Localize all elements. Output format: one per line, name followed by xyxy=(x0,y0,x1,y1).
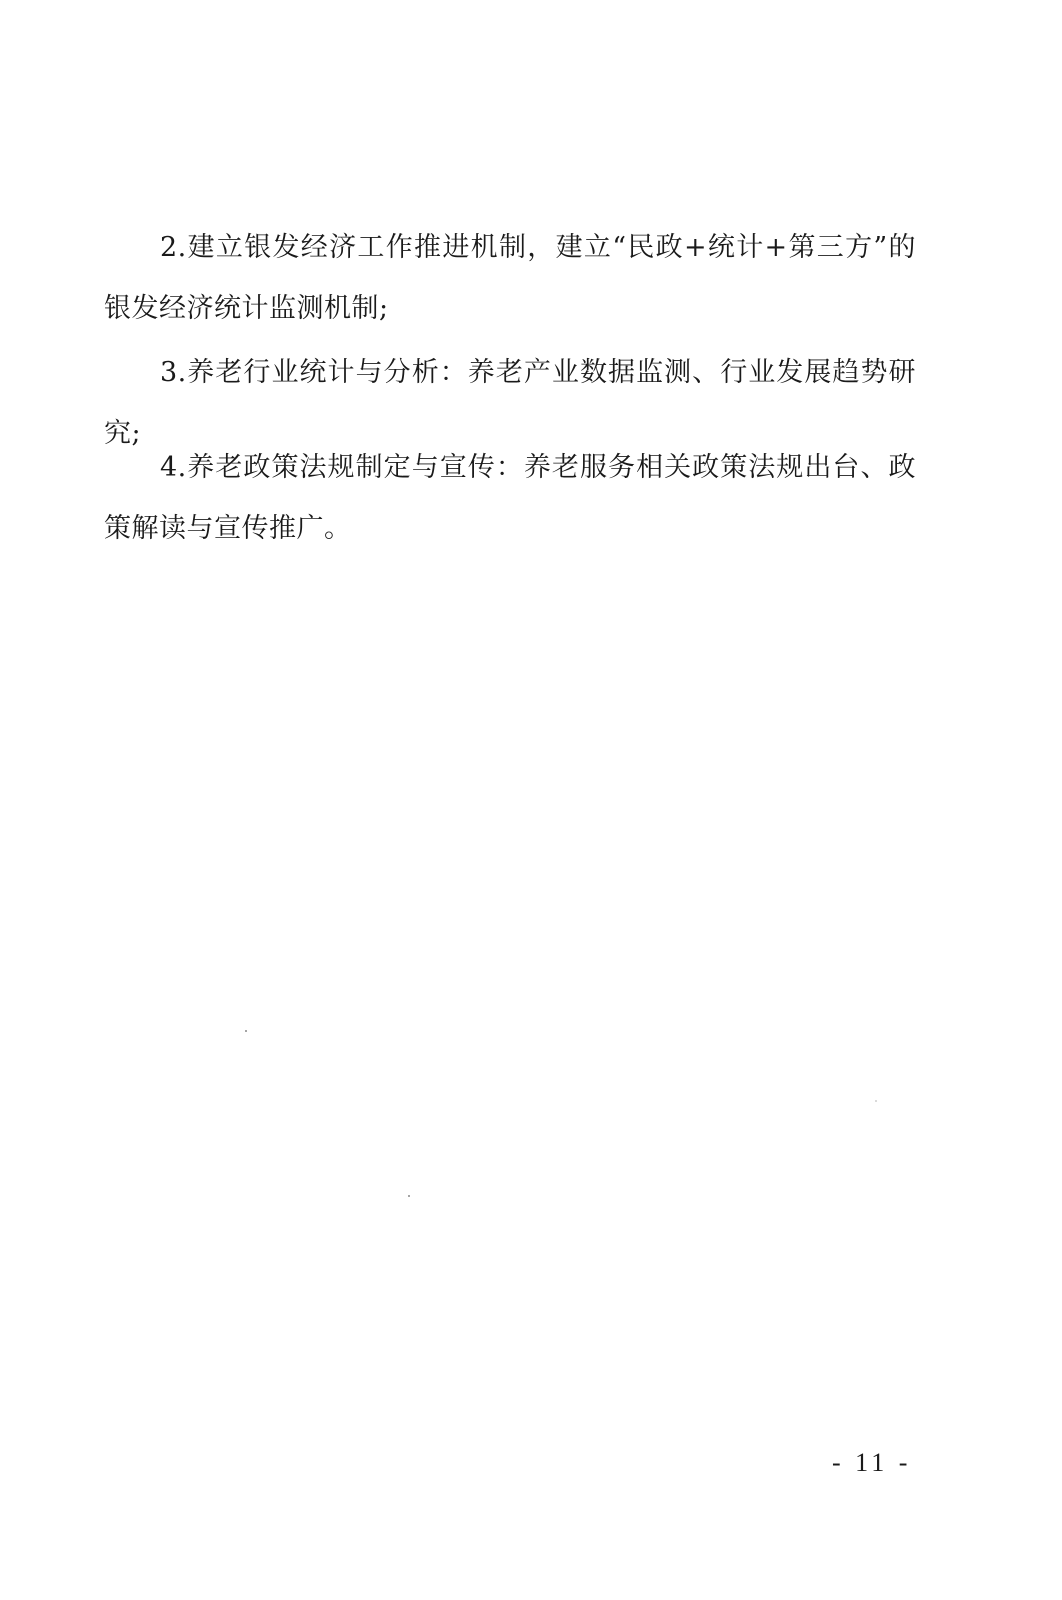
document-page: 2.建立银发经济工作推进机制，建立“民政+统计+第三方”的银发经济统计监测机制;… xyxy=(0,0,1062,1600)
paragraph-item-2: 2.建立银发经济工作推进机制，建立“民政+统计+第三方”的银发经济统计监测机制; xyxy=(104,217,916,339)
scan-speck xyxy=(245,1030,247,1032)
scan-speck xyxy=(408,1195,410,1197)
paragraph-item-4: 4.养老政策法规制定与宣传：养老服务相关政策法规出台、政策解读与宣传推广。 xyxy=(104,437,916,559)
page-number: - 11 - xyxy=(832,1448,911,1478)
scan-speck xyxy=(875,1100,877,1102)
